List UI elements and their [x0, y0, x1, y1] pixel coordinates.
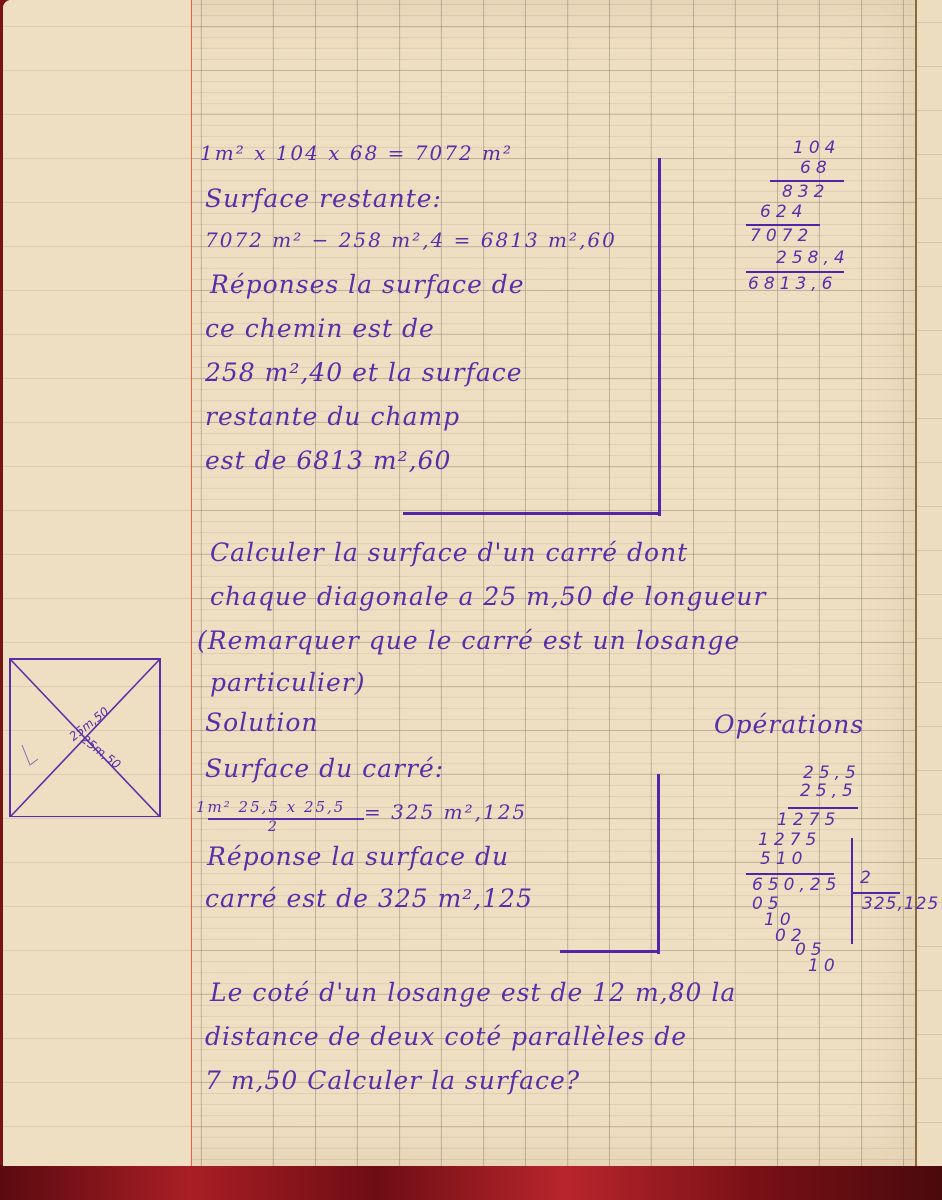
ex1-answer-line-2: ce chemin est de	[205, 316, 435, 341]
ex1-subtitle: Surface restante:	[205, 186, 442, 211]
ex3-statement-line-3: 7 m,50 Calculer la surface?	[205, 1068, 580, 1093]
ex2-op-partial2: 1275	[758, 832, 821, 849]
ex1-answer-line-5: est de 6813 m²,60	[205, 448, 451, 473]
ex2-answer-frame-vertical	[657, 774, 660, 954]
ex1-subtraction: 7072 m² − 258 m²,4 = 6813 m²,60	[205, 230, 617, 250]
notebook-cover-background	[0, 1165, 942, 1200]
ex2-formula-denominator: 2	[268, 820, 279, 834]
ex2-subtitle: Surface du carré:	[205, 756, 444, 781]
ex2-op-divisor: 2	[860, 870, 876, 887]
ex2-op-factor2: 25,5	[800, 783, 858, 800]
ex1-op-partial2: 624	[760, 204, 807, 221]
square-diagram: 25m,50 25m,50	[6, 657, 162, 817]
ex2-formula-fraction-bar	[208, 818, 364, 820]
ex2-op-partial1: 1275	[777, 812, 840, 829]
ex1-calc-line: 1m² x 104 x 68 = 7072 m²	[200, 143, 513, 163]
division-vertical-bar	[851, 838, 853, 944]
ex1-op-subtrahend: 258,4	[776, 250, 850, 267]
ex1-op-multiplicand: 104	[793, 140, 840, 157]
ex1-op-rule-3	[746, 271, 844, 273]
ex2-op-product: 650,25	[752, 877, 841, 894]
ex1-op-difference: 6813,6	[748, 276, 837, 293]
ex2-op-quotient: 325,125	[862, 896, 939, 913]
ex2-statement-line-2: chaque diagonale a 25 m,50 de longueur	[210, 584, 766, 609]
ex1-answer-line-4: restante du champ	[205, 404, 460, 429]
ex1-answer-line-1: Réponses la surface de	[210, 272, 525, 297]
ex1-op-multiplier: 68	[800, 160, 832, 177]
ex1-op-product: 7072	[750, 228, 813, 245]
ex3-statement-line-1: Le coté d'un losange est de 12 m,80 la	[210, 980, 736, 1005]
ex2-op-factor1: 25,5	[803, 765, 861, 782]
ex2-answer-line-2: carré est de 325 m²,125	[205, 886, 533, 911]
ex2-op-remainder-5: 10	[808, 958, 840, 975]
ex1-answer-frame-vertical	[658, 158, 661, 516]
ex2-operations-label: Opérations	[714, 712, 864, 737]
ex2-answer-frame-horizontal	[560, 950, 660, 953]
ex2-op-partial3: 510	[760, 851, 807, 868]
ex2-statement-line-4: particulier)	[210, 670, 366, 695]
facing-page-edge	[917, 0, 942, 1166]
ex3-statement-line-2: distance de deux coté parallèles de	[205, 1024, 687, 1049]
ex2-op-rule-1	[788, 807, 858, 809]
ex2-formula-numerator: 1m² 25,5 x 25,5	[196, 800, 345, 815]
red-margin-line	[191, 0, 192, 1166]
ex1-answer-frame-horizontal	[403, 512, 661, 515]
ex2-statement-line-1: Calculer la surface d'un carré dont	[210, 540, 688, 565]
ex1-answer-line-3: 258 m²,40 et la surface	[205, 360, 523, 385]
left-margin-area	[3, 0, 191, 1166]
ex1-op-partial1: 832	[782, 184, 829, 201]
ex2-solution-label: Solution	[205, 710, 318, 735]
ex2-formula-result: = 325 m²,125	[364, 802, 527, 822]
ex2-answer-line-1: Réponse la surface du	[207, 844, 509, 869]
ex2-statement-line-3: (Remarquer que le carré est un losange	[197, 628, 740, 653]
